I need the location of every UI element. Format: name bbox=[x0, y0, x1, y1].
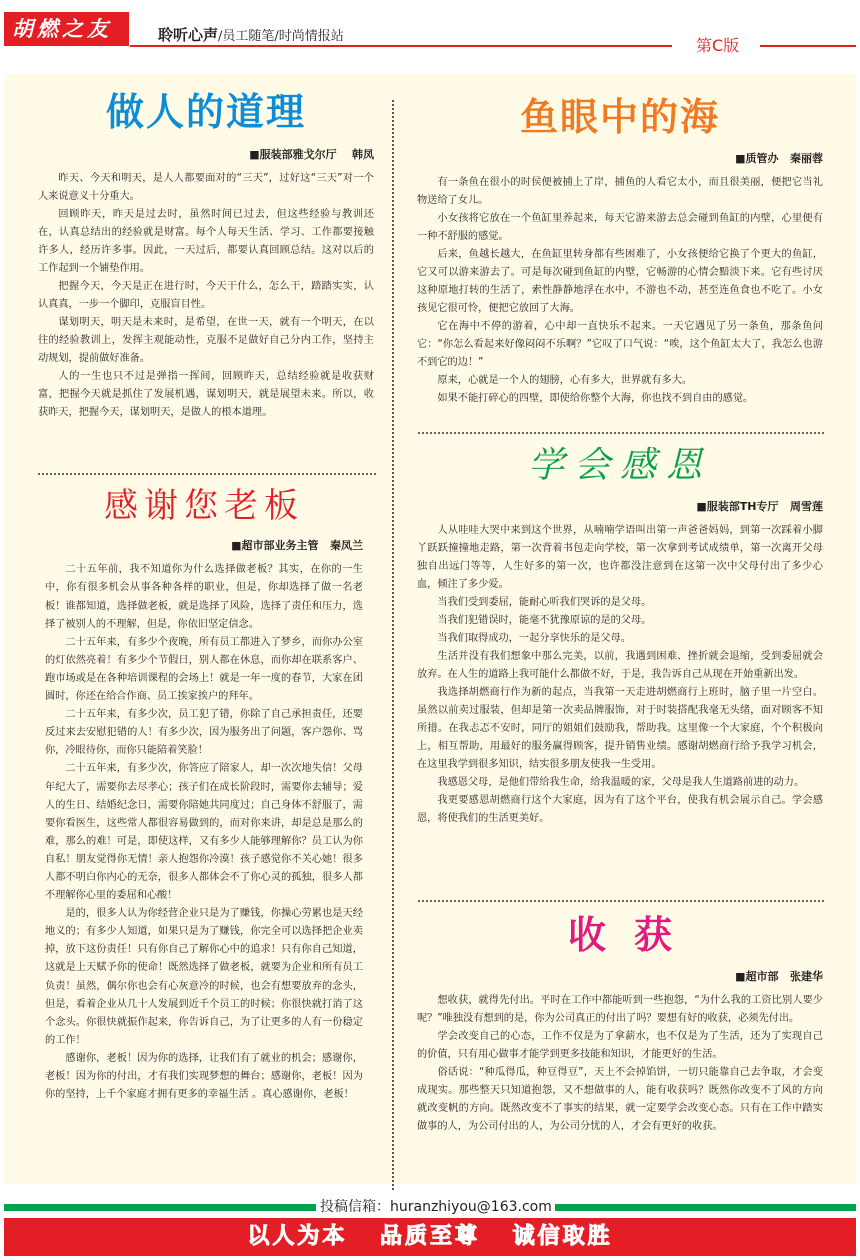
section-main: 聆听心声 bbox=[158, 26, 218, 44]
paragraph: 如果不能打碎心的四壁，即使给你整个大海，你也找不到自由的感觉。 bbox=[417, 390, 823, 408]
article-separator bbox=[418, 900, 824, 902]
article-byline: 服装部TH专厅 周雪莲 bbox=[417, 498, 823, 514]
green-rule-right bbox=[544, 1204, 856, 1211]
motto-banner: 以人为本 品质至尊 诚信取胜 bbox=[4, 1218, 856, 1256]
article-shouhuo: 收获 超市部 张建华 想收获，就得先付出。平时在工作中都能听到一些抱怨，“为什么… bbox=[417, 914, 823, 1136]
article-title: 做人的道理 bbox=[38, 92, 374, 134]
green-rule-left bbox=[4, 1204, 316, 1211]
paragraph: 我选择胡燃商行作为新的起点，当我第一天走进胡燃商行上班时，脑子里一片空白。虽然以… bbox=[417, 684, 823, 774]
paragraph: 想收获，就得先付出。平时在工作中都能听到一些抱怨，“为什么我的工资比别人要少呢？… bbox=[417, 992, 823, 1028]
paragraph: 谋划明天，明天是未来时，是希望，在世一天，就有一个明天，在以往的经验教训上，发挥… bbox=[38, 314, 374, 368]
paragraph: 它在海中不停的游着，心中却一直快乐不起来。一天它遇见了另一条鱼，那条鱼问它：“你… bbox=[417, 318, 823, 372]
article-byline: 超市部业务主管 秦凤兰 bbox=[45, 537, 363, 553]
article-byline: 服装部雅戈尔厅 韩凤 bbox=[38, 146, 374, 162]
paragraph: 人的一生也只不过是弹指一挥间，回顾昨天，总结经验就是收获财富，把握今天就是抓住了… bbox=[38, 368, 374, 422]
paragraph: 人从哇哇大哭中来到这个世界，从喃喃学语叫出第一声爸爸妈妈，到第一次踩着小脚丫跃跃… bbox=[417, 522, 823, 594]
paragraph: 我感恩父母，是他们带给我生命，给我温暖的家，父母是我人生道路前进的动力。 bbox=[417, 774, 823, 792]
article-body: 想收获，就得先付出。平时在工作中都能听到一些抱怨，“为什么我的工资比别人要少呢？… bbox=[417, 992, 823, 1136]
paragraph: 当我们取得成功，一起分享快乐的是父母。 bbox=[417, 630, 823, 648]
edition-label: 第C版 bbox=[696, 33, 739, 56]
paragraph: 把握今天，今天是正在进行时，今天干什么，怎么干，踏踏实实，认认真真，一步一个脚印… bbox=[38, 278, 374, 314]
section-rest: /员工随笔/时尚情报站 bbox=[218, 29, 344, 44]
header-rule-left bbox=[130, 45, 672, 47]
paragraph: 原来，心就是一个人的翅膀，心有多大，世界就有多大。 bbox=[417, 372, 823, 390]
paragraph: 后来，鱼越长越大，在鱼缸里转身都有些困难了，小女孩便给它换了个更大的鱼缸，它又可… bbox=[417, 246, 823, 318]
article-zuoren-daoli: 做人的道理 服装部雅戈尔厅 韩凤 昨天、今天和明天，是人人都要面对的“三天”，过… bbox=[38, 92, 374, 422]
article-byline: 质管办 秦丽蓉 bbox=[417, 150, 823, 166]
article-body: 有一条鱼在很小的时侯便被捕上了岸，捕鱼的人看它太小，而且很美丽，便把它当礼物送给… bbox=[417, 174, 823, 408]
article-ganxie-laoban: 感谢您老板 超市部业务主管 秦凤兰 二十五年前，我不知道你为什么选择做老板？其实… bbox=[45, 488, 363, 1104]
paragraph: 学会改变自己的心态，工作不仅是为了拿薪水，也不仅是为了生活，还为了实现自己的价值… bbox=[417, 1028, 823, 1064]
paragraph: 是的，很多人认为你经营企业只是为了赚钱，你操心劳累也是天经地义的；有多少人知道，… bbox=[45, 905, 363, 1050]
paragraph: 小女孩将它放在一个鱼缸里养起来，每天它游来游去总会碰到鱼缸的内壁，心里便有一种不… bbox=[417, 210, 823, 246]
submission-mailbox: 投稿信箱：huranzhiyou@163.com bbox=[317, 1196, 555, 1216]
newspaper-logo: 胡燃之友 bbox=[4, 12, 129, 46]
paragraph: 感谢你，老板！因为你的选择，让我们有了就业的机会；感谢你，老板！因为你的付出，才… bbox=[45, 1050, 363, 1104]
column-divider bbox=[392, 100, 394, 1190]
paragraph: 二十五年来，有多少次，你答应了陪家人，却一次次地失信！父母年纪大了，需要你去尽孝… bbox=[45, 760, 363, 905]
paragraph: 我更要感恩胡燃商行这个大家庭，因为有了这个平台，使我有机会展示自己。学会感恩，将… bbox=[417, 792, 823, 828]
article-separator bbox=[38, 473, 376, 475]
paragraph: 有一条鱼在很小的时侯便被捕上了岸，捕鱼的人看它太小，而且很美丽，便把它当礼物送给… bbox=[417, 174, 823, 210]
article-title: 感谢您老板 bbox=[45, 488, 363, 525]
article-byline: 超市部 张建华 bbox=[417, 968, 823, 984]
submission-email[interactable]: huranzhiyou@163.com bbox=[390, 1199, 552, 1215]
paragraph: 生活并没有我们想象中那么完美，以前，我遇到困难、挫折就会退缩，受到委屈就会放弃。… bbox=[417, 648, 823, 684]
paragraph: 昨天、今天和明天，是人人都要面对的“三天”，过好这“三天”对一个人来说意义十分重… bbox=[38, 170, 374, 206]
paragraph: 当我们受到委屈，能耐心听我们哭诉的是父母。 bbox=[417, 594, 823, 612]
page-header: 胡燃之友 聆听心声/员工随笔/时尚情报站 第C版 bbox=[0, 0, 860, 60]
paragraph: 当我们犯错误时，能毫不犹豫原谅的是的父母。 bbox=[417, 612, 823, 630]
article-body: 二十五年前，我不知道你为什么选择做老板？其实，在你的一生中，你有很多机会从事各种… bbox=[45, 561, 363, 1104]
paragraph: 二十五年前，我不知道你为什么选择做老板？其实，在你的一生中，你有很多机会从事各种… bbox=[45, 561, 363, 633]
submission-label: 投稿信箱： bbox=[320, 1199, 390, 1215]
article-separator bbox=[418, 432, 824, 434]
article-yuyan-zhonghai: 鱼眼中的海 质管办 秦丽蓉 有一条鱼在很小的时侯便被捕上了岸，捕鱼的人看它太小，… bbox=[417, 96, 823, 408]
article-xuehui-ganen: 学会感恩 服装部TH专厅 周雪莲 人从哇哇大哭中来到这个世界，从喃喃学语叫出第一… bbox=[417, 446, 823, 828]
paragraph: 俗话说：“种瓜得瓜，种豆得豆”，天上不会掉馅饼，一切只能靠自己去争取，才会变成现… bbox=[417, 1064, 823, 1136]
article-title: 收获 bbox=[417, 914, 823, 956]
submission-bar: 投稿信箱：huranzhiyou@163.com bbox=[4, 1196, 856, 1218]
article-title: 鱼眼中的海 bbox=[417, 96, 823, 138]
section-title: 聆听心声/员工随笔/时尚情报站 bbox=[158, 24, 344, 45]
article-body: 人从哇哇大哭中来到这个世界，从喃喃学语叫出第一声爸爸妈妈，到第一次踩着小脚丫跃跃… bbox=[417, 522, 823, 828]
paragraph: 二十五年来，有多少个夜晚，所有员工都进入了梦乡，而你办公室的灯依然亮着！有多少个… bbox=[45, 634, 363, 706]
header-rule-right bbox=[760, 45, 856, 47]
paragraph: 回顾昨天，昨天是过去时，虽然时间已过去，但这些经验与教训还在，认真总结出的经验就… bbox=[38, 206, 374, 278]
article-title: 学会感恩 bbox=[417, 446, 823, 486]
paragraph: 二十五年来，有多少次，员工犯了错，你除了自己承担责任，还要反过来去安慰犯错的人！… bbox=[45, 706, 363, 760]
article-body: 昨天、今天和明天，是人人都要面对的“三天”，过好这“三天”对一个人来说意义十分重… bbox=[38, 170, 374, 422]
